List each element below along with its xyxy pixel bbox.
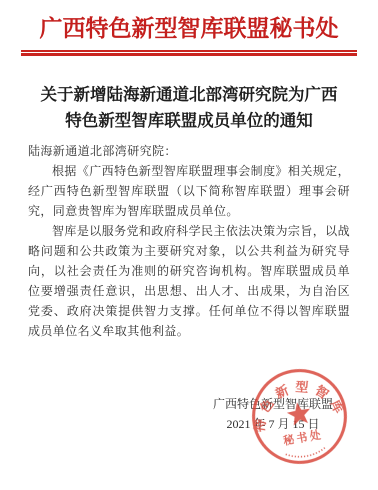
body-paragraph: 根据《广西特色新型智库联盟理事会制度》相关规定，经广西特色新型智库联盟（以下简称…: [28, 161, 350, 221]
divider-thick-rule: [21, 53, 357, 56]
seal-serial-marks: [286, 447, 327, 459]
document-title-line2: 特色新型智库联盟成员单位的通知: [24, 108, 354, 134]
signature-org: 广西特色新型智库联盟: [210, 394, 336, 414]
document-page: 广西特色新型智库联盟秘书处 关于新增陆海新通道北部湾研究院为广西 特色新型智库联…: [0, 0, 378, 490]
salutation: 陆海新通道北部湾研究院：: [28, 141, 350, 161]
signature-date: 2021 年 7 月 15 日: [210, 414, 336, 434]
letterhead-divider: [21, 50, 357, 56]
body-paragraph: 智库是以服务党和政府科学民主依法决策为宗旨，以战略问题和公共政策为主要研究对象，…: [28, 221, 350, 341]
document-title-line1: 关于新增陆海新通道北部湾研究院为广西: [24, 82, 354, 108]
signature-block: 广西特色新型智库联盟 2021 年 7 月 15 日: [210, 394, 336, 434]
document-title: 关于新增陆海新通道北部湾研究院为广西 特色新型智库联盟成员单位的通知: [24, 82, 354, 134]
letterhead-title: 广西特色新型智库联盟秘书处: [0, 13, 378, 45]
document-body: 陆海新通道北部湾研究院： 根据《广西特色新型智库联盟理事会制度》相关规定，经广西…: [28, 141, 350, 341]
